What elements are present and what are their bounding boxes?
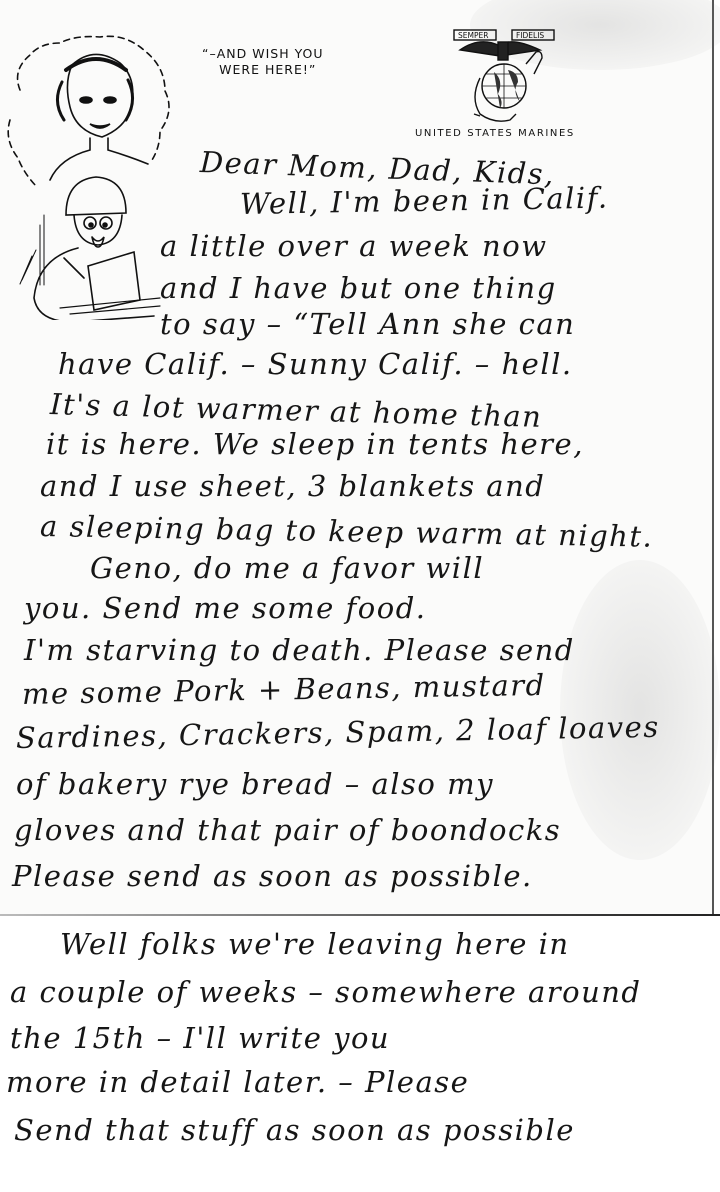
caption-line-2: WERE HERE!” <box>202 62 324 78</box>
cartoon-caption: “–AND WISH YOU WERE HERE!” <box>202 46 324 78</box>
marines-emblem-icon: SEMPER FIDELIS <box>450 28 560 128</box>
letter-line: the 15th – I'll write you <box>10 1024 390 1053</box>
letter-line: a couple of weeks – somewhere around <box>10 978 642 1007</box>
letter-line: and I use sheet, 3 blankets and <box>40 472 545 501</box>
letter-line: It's a lot warmer at home than <box>50 390 543 432</box>
letter-line: a sleeping bag to keep warm at night. <box>40 512 654 552</box>
caption-line-1: “–AND WISH YOU <box>202 46 324 62</box>
letter-line: have Calif. – Sunny Calif. – hell. <box>58 350 573 379</box>
letter-line: you. Send me some food. <box>24 594 426 623</box>
letter-line: of bakery rye bread – also my <box>16 770 494 799</box>
letter-line: and I have but one thing <box>160 274 557 303</box>
letter-line: I'm starving to death. Please send <box>24 636 575 665</box>
letter-line: it is here. We sleep in tents here, <box>46 430 584 459</box>
svg-text:FIDELIS: FIDELIS <box>516 31 544 40</box>
letter-line: Well folks we're leaving here in <box>60 930 570 959</box>
letter-line: more in detail later. – Please <box>6 1068 469 1097</box>
svg-text:SEMPER: SEMPER <box>458 31 488 40</box>
letter-page-upper: “–AND WISH YOU WERE HERE!” SEMPER FIDELI… <box>0 0 714 916</box>
letter-line: Send that stuff as soon as possible <box>14 1116 575 1145</box>
letter-line: Please send as soon as possible. <box>12 862 533 891</box>
letter-line: me some Pork + Beans, mustard <box>22 671 546 709</box>
letter-page-continuation: Well folks we're leaving here in a coupl… <box>0 918 720 1192</box>
letter-line: gloves and that pair of boondocks <box>14 816 561 845</box>
letter-line: Geno, do me a favor will <box>90 554 484 583</box>
united-states-marines-label: UNITED STATES MARINES <box>415 128 575 139</box>
letter-line: Well, I'm been in Calif. <box>240 184 609 219</box>
letter-line: to say – “Tell Ann she can <box>160 310 575 339</box>
letter-line: a little over a week now <box>160 232 548 261</box>
